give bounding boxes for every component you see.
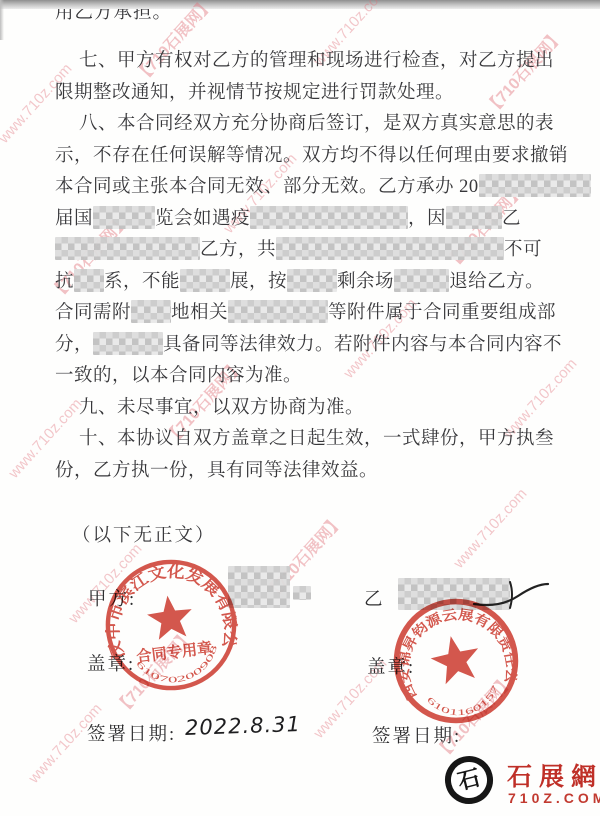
- text-segment: 限期整改通知，并视情节按规定进行罚款处理。: [55, 83, 454, 103]
- text-segment: 分，: [55, 335, 93, 355]
- contract-line: 本合同或主张本合同无效、部分无效。乙方承办 20: [55, 172, 555, 204]
- text-segment: 系，不能: [104, 272, 180, 292]
- text-segment: 不可: [504, 240, 542, 260]
- contract-line: 分，具备同等法律效力。若附件内容与本合同内容不: [55, 330, 555, 362]
- text-segment: 乙方，共: [200, 240, 276, 260]
- text-segment: 一致的，以本合同内容为准。: [55, 366, 302, 386]
- clipped-text-line: 用乙方承担。: [55, 9, 172, 27]
- url-watermark: www.710z.com: [450, 485, 530, 571]
- contract-line: 合同需附地相关等附件属于合同重要组成部: [55, 298, 555, 330]
- contract-line: 限期整改通知，并视情节按规定进行罚款处理。: [55, 78, 555, 110]
- mosaic-redaction: [93, 332, 163, 355]
- text-segment: 十、本协议自双方盖章之日起生效，一式肆份，甲方执叁: [79, 429, 554, 449]
- mosaic-redaction: [74, 269, 104, 292]
- mosaic-redaction: [180, 269, 230, 292]
- text-segment: 本合同或主张本合同无效、部分无效。乙方承办 20: [55, 177, 479, 197]
- scan-edge-left: [0, 0, 4, 40]
- mosaic-redaction: [131, 300, 171, 323]
- mosaic-redaction: [228, 300, 328, 323]
- stone-character: 石: [456, 767, 483, 794]
- site-logo-domain: 710Z.COM: [508, 790, 600, 806]
- text-segment: 展，按: [230, 272, 287, 292]
- mosaic-redaction: [250, 206, 408, 229]
- contract-line: 示，不存在任何误解等情况。双方均不得以任何理由要求撤销: [55, 141, 555, 173]
- text-segment: 具备同等法律效力。若附件内容与本合同内容不: [163, 335, 562, 355]
- party-a-date-handwritten: 2022.8.31: [185, 712, 302, 740]
- text-segment: 七、甲方有权对乙方的管理和现场进行检查，对乙方提出: [79, 51, 554, 71]
- mosaic-redaction: [276, 237, 504, 260]
- contract-line: 抗系，不能展，按剩余场退给乙方。: [55, 267, 555, 299]
- mosaic-redaction: [287, 269, 337, 292]
- party-a-name-redaction-small: [293, 586, 311, 600]
- text-segment: ，因: [408, 209, 446, 229]
- contract-line: 八、本合同经双方充分协商后签订，是双方真实意思的表: [55, 109, 555, 141]
- site-logo-name: 石展網: [507, 757, 600, 793]
- company-seal-party-a: 汉中市滨江文化发展有限公司 合同专用章 6107020090872: [94, 548, 248, 702]
- site-logo: 石 石展網 710Z.COM: [445, 752, 595, 810]
- contract-line: 七、甲方有权对乙方的管理和现场进行检查，对乙方提出: [55, 46, 555, 78]
- mosaic-redaction: [55, 237, 200, 260]
- party-b-label: 乙: [364, 585, 385, 611]
- scanned-contract-page: www.710z.com【710石展网】www.710z.com【710石展网】…: [0, 0, 600, 816]
- text-segment: 乙: [502, 209, 521, 229]
- text-segment: 览会如遇疫: [155, 209, 250, 229]
- scan-edge-top: [0, 0, 600, 9]
- mosaic-redaction: [446, 206, 502, 229]
- party-a-date-label: 签署日期:: [87, 720, 176, 746]
- text-segment: 份，乙方执一份，具有同等法律效益。: [55, 461, 378, 481]
- text-segment: 退给乙方。: [449, 272, 544, 292]
- contract-line: 届国览会如遇疫，因乙: [55, 204, 555, 236]
- contract-line: 份，乙方执一份，具有同等法律效益。: [55, 456, 555, 488]
- text-segment: 合同需附: [55, 303, 131, 323]
- seal-a-star-icon: [145, 593, 195, 641]
- text-segment: 剩余场: [337, 272, 394, 292]
- text-segment: 八、本合同经双方充分协商后签订，是双方真实意思的表: [79, 114, 554, 134]
- text-segment: 抗: [55, 272, 74, 292]
- text-segment: 示，不存在任何误解等情况。双方均不得以任何理由要求撤销: [55, 146, 568, 166]
- company-seal-party-b: 西安锦昇钧源云展有限责任公司 6101160157157: [378, 583, 535, 740]
- seal-b-star-icon: [427, 631, 484, 686]
- stone-seal-icon: 石: [440, 751, 498, 809]
- text-segment: 地相关: [171, 303, 228, 323]
- contract-line: 乙方，共不可: [55, 235, 555, 267]
- mosaic-redaction: [394, 269, 449, 292]
- seal-a-center-text: 合同专用章: [135, 639, 213, 666]
- contract-body: 七、甲方有权对乙方的管理和现场进行检查，对乙方提出限期整改通知，并视情节按规定进…: [55, 46, 555, 487]
- mosaic-redaction: [93, 206, 155, 229]
- text-segment: 九、未尽事宜，以双方协商为准。: [79, 398, 364, 418]
- text-segment: 届国: [55, 209, 93, 229]
- text-segment: 等附件属于合同重要组成部: [328, 303, 556, 323]
- contract-line: 一致的，以本合同内容为准。: [55, 361, 555, 393]
- contract-line: 九、未尽事宜，以双方协商为准。: [55, 393, 555, 425]
- mosaic-redaction: [479, 174, 591, 197]
- contract-line: 用乙方承担。: [55, 9, 172, 27]
- contract-line: 十、本协议自双方盖章之日起生效，一式肆份，甲方执叁: [55, 424, 555, 456]
- no-more-text-note: （以下无正文）: [72, 521, 216, 547]
